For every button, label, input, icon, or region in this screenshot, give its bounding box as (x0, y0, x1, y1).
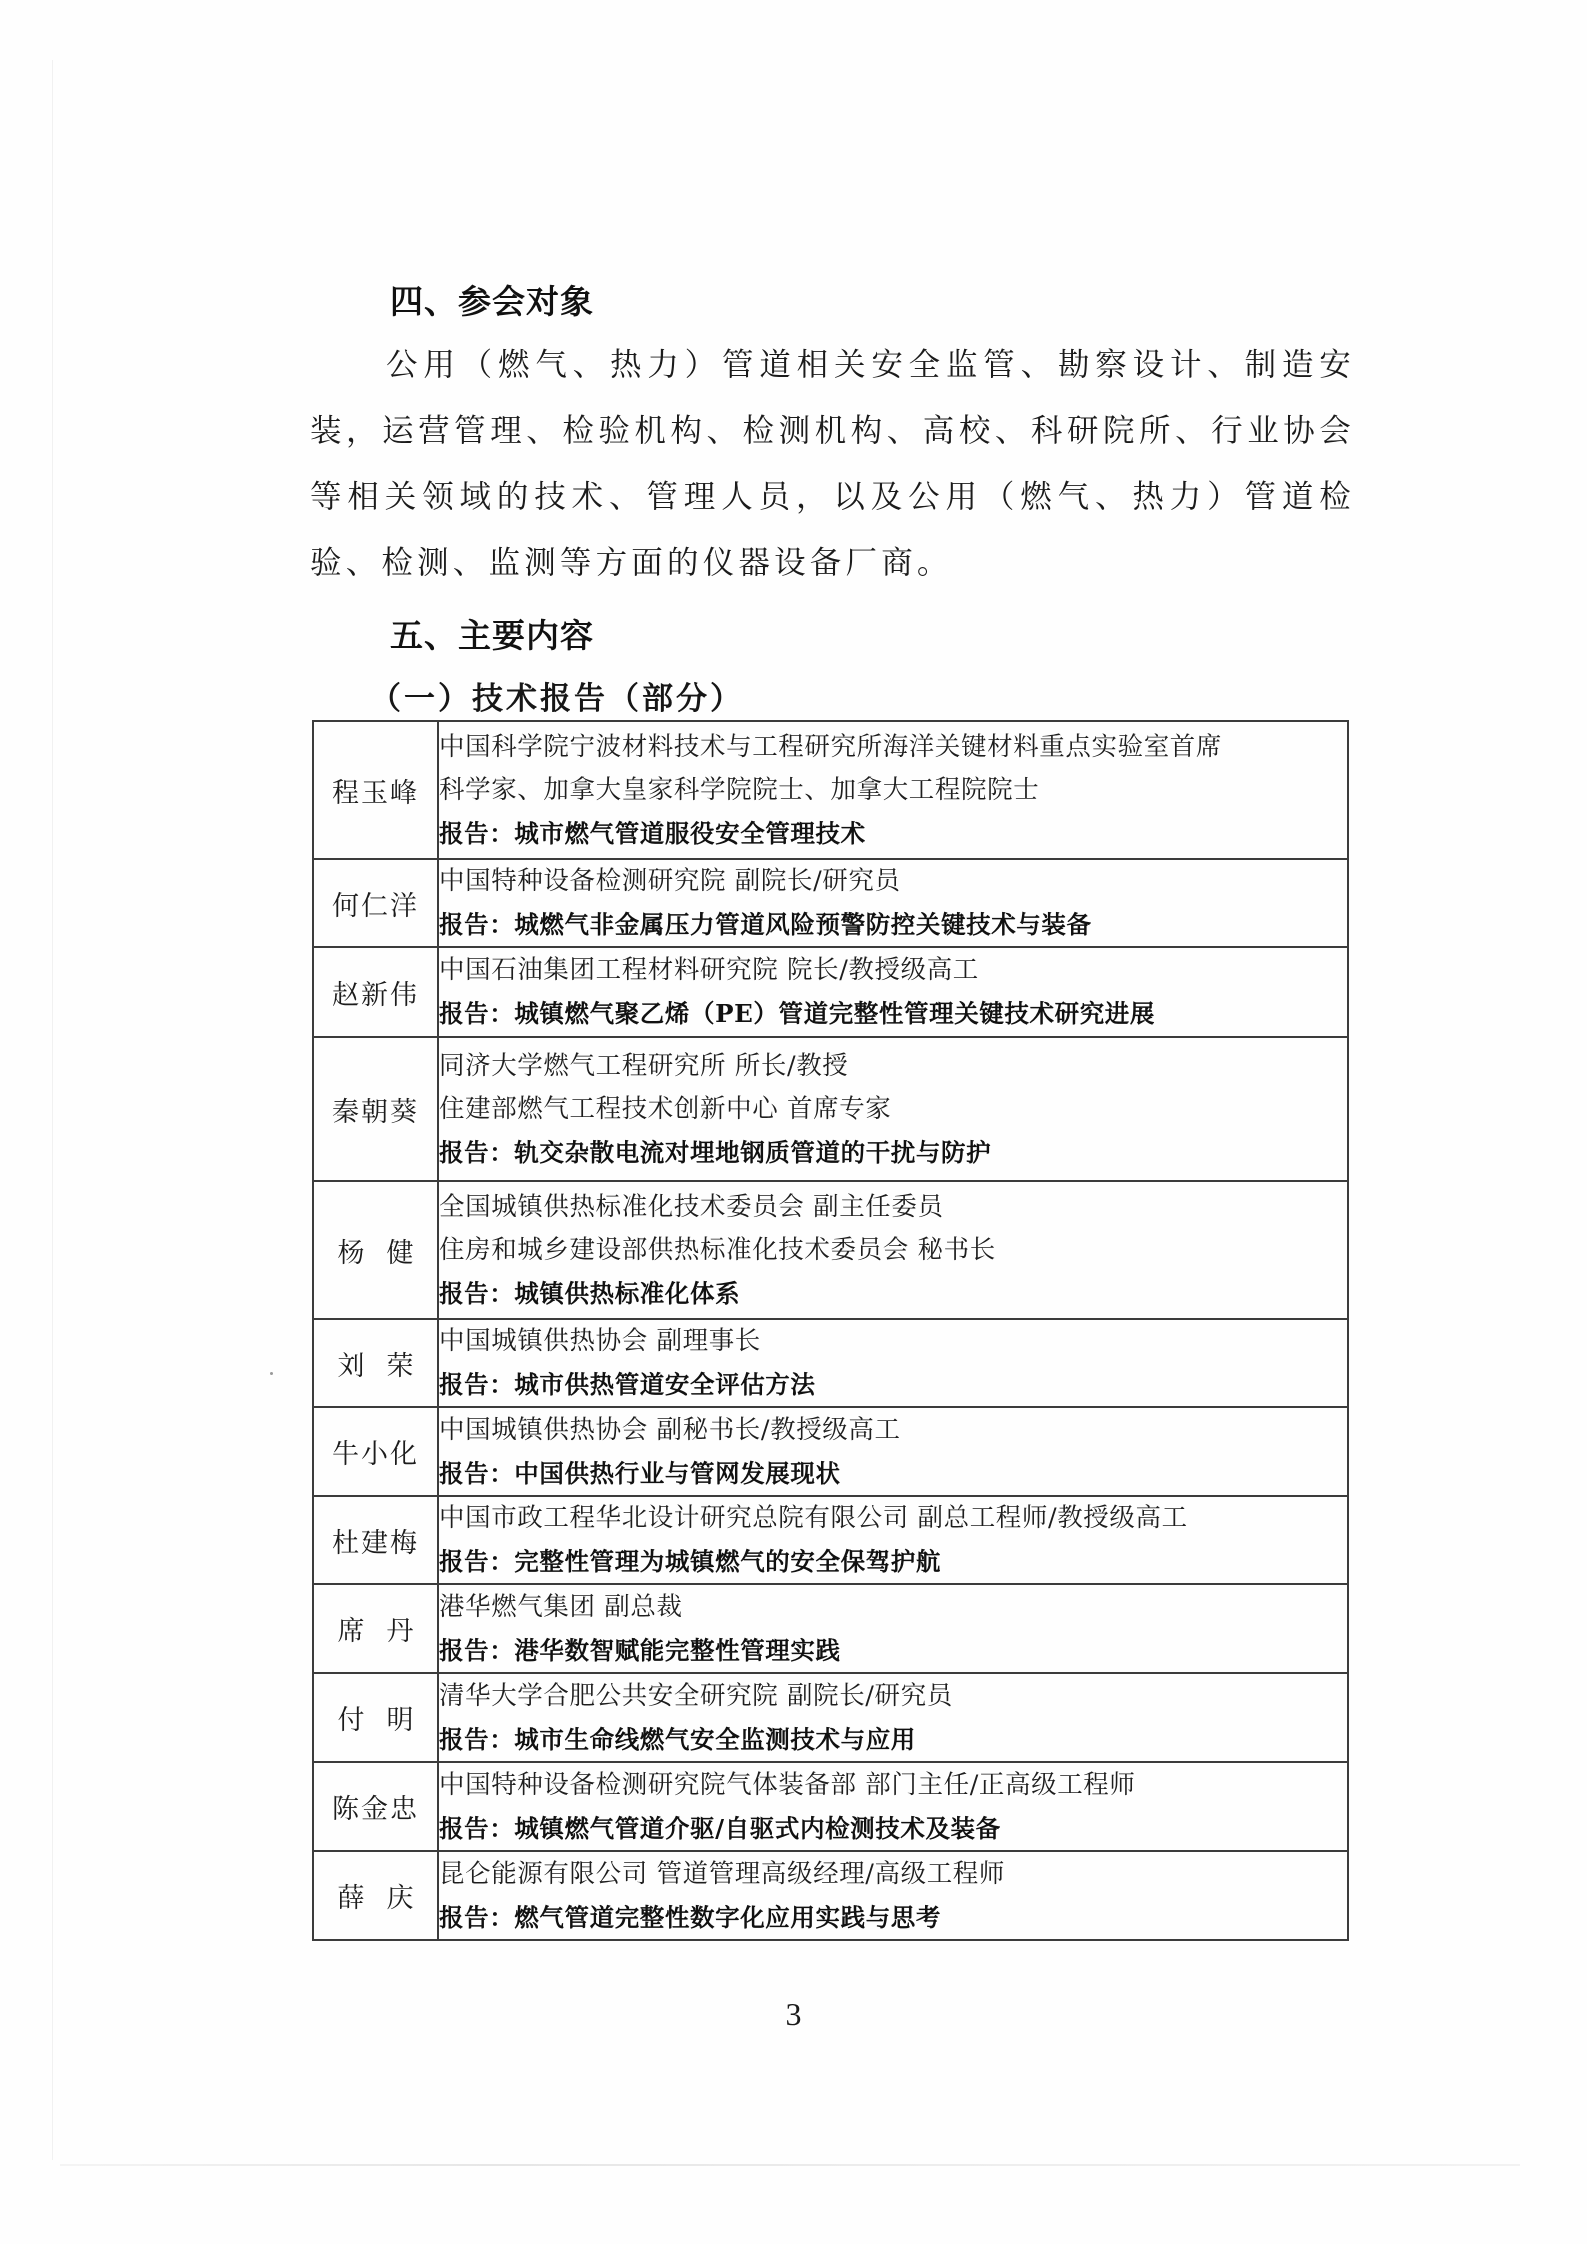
report-title: 报告：城燃气非金属压力管道风险预警防控关键技术与装备 (439, 903, 1347, 946)
speaker-name: 刘荣 (313, 1319, 438, 1407)
speaker-affiliation: 昆仑能源有限公司 管道管理高级经理/高级工程师 (439, 1853, 1347, 1896)
speaker-name: 杨健 (313, 1181, 438, 1319)
speaker-info: 中国科学院宁波材料技术与工程研究所海洋关键材料重点实验室首席科学家、加拿大皇家科… (438, 721, 1348, 859)
table-row: 杜建梅中国市政工程华北设计研究总院有限公司 副总工程师/教授级高工报告：完整性管… (313, 1496, 1348, 1584)
speaker-info: 中国特种设备检测研究院 副院长/研究员报告：城燃气非金属压力管道风险预警防控关键… (438, 859, 1348, 947)
speaker-info: 全国城镇供热标准化技术委员会 副主任委员住房和城乡建设部供热标准化技术委员会 秘… (438, 1181, 1348, 1319)
report-title: 报告：城市燃气管道服役安全管理技术 (439, 812, 1347, 855)
speaker-info: 中国市政工程华北设计研究总院有限公司 副总工程师/教授级高工报告：完整性管理为城… (438, 1496, 1348, 1584)
page-number: 3 (0, 1996, 1587, 2033)
speaker-info: 清华大学合肥公共安全研究院 副院长/研究员报告：城市生命线燃气安全监测技术与应用 (438, 1673, 1348, 1762)
speaker-affiliation: 中国市政工程华北设计研究总院有限公司 副总工程师/教授级高工 (439, 1497, 1347, 1540)
speaker-affiliation: 中国石油集团工程材料研究院 院长/教授级高工 (439, 949, 1347, 992)
table-row: 付明清华大学合肥公共安全研究院 副院长/研究员报告：城市生命线燃气安全监测技术与… (313, 1673, 1348, 1762)
table-row: 赵新伟中国石油集团工程材料研究院 院长/教授级高工报告：城镇燃气聚乙烯（PE）管… (313, 947, 1348, 1037)
reports-table-body: 程玉峰中国科学院宁波材料技术与工程研究所海洋关键材料重点实验室首席科学家、加拿大… (313, 721, 1348, 1940)
speaker-name: 程玉峰 (313, 721, 438, 859)
table-row: 何仁洋中国特种设备检测研究院 副院长/研究员报告：城燃气非金属压力管道风险预警防… (313, 859, 1348, 947)
section-heading-main-content: 五、主要内容 (390, 610, 594, 657)
speaker-affiliation: 中国城镇供热协会 副秘书长/教授级高工 (439, 1409, 1347, 1452)
subsection-heading-technical-reports: （一）技术报告（部分） (370, 673, 744, 718)
speaker-affiliation: 同济大学燃气工程研究所 所长/教授 (439, 1045, 1347, 1088)
speaker-info: 中国城镇供热协会 副理事长报告：城市供热管道安全评估方法 (438, 1319, 1348, 1407)
speaker-name: 薛庆 (313, 1851, 438, 1940)
speaker-name: 秦朝葵 (313, 1037, 438, 1181)
table-row: 程玉峰中国科学院宁波材料技术与工程研究所海洋关键材料重点实验室首席科学家、加拿大… (313, 721, 1348, 859)
scan-edge-bottom (60, 2164, 1520, 2166)
speaker-affiliation: 科学家、加拿大皇家科学院院士、加拿大工程院院士 (439, 769, 1347, 812)
speaker-affiliation: 清华大学合肥公共安全研究院 副院长/研究员 (439, 1675, 1347, 1718)
technical-reports-table: 程玉峰中国科学院宁波材料技术与工程研究所海洋关键材料重点实验室首席科学家、加拿大… (312, 720, 1349, 1941)
speaker-affiliation: 住建部燃气工程技术创新中心 首席专家 (439, 1088, 1347, 1131)
report-title: 报告：城镇燃气聚乙烯（PE）管道完整性管理关键技术研究进展 (439, 992, 1347, 1035)
report-title: 报告：中国供热行业与管网发展现状 (439, 1452, 1347, 1495)
report-title: 报告：城镇燃气管道介驱/自驱式内检测技术及装备 (439, 1807, 1347, 1850)
speaker-name: 赵新伟 (313, 947, 438, 1037)
scan-speck (270, 1372, 273, 1375)
speaker-affiliation: 中国特种设备检测研究院气体装备部 部门主任/正高级工程师 (439, 1764, 1347, 1807)
section-heading-attendees: 四、参会对象 (390, 276, 594, 323)
speaker-name: 陈金忠 (313, 1762, 438, 1851)
speaker-affiliation: 中国城镇供热协会 副理事长 (439, 1320, 1347, 1363)
speaker-affiliation: 中国特种设备检测研究院 副院长/研究员 (439, 860, 1347, 903)
report-title: 报告：城镇供热标准化体系 (439, 1272, 1347, 1315)
speaker-info: 同济大学燃气工程研究所 所长/教授住建部燃气工程技术创新中心 首席专家报告：轨交… (438, 1037, 1348, 1181)
speaker-name: 付明 (313, 1673, 438, 1762)
report-title: 报告：城市生命线燃气安全监测技术与应用 (439, 1718, 1347, 1761)
report-title: 报告：港华数智赋能完整性管理实践 (439, 1629, 1347, 1672)
speaker-name: 席丹 (313, 1584, 438, 1673)
table-row: 刘荣中国城镇供热协会 副理事长报告：城市供热管道安全评估方法 (313, 1319, 1348, 1407)
table-row: 秦朝葵同济大学燃气工程研究所 所长/教授住建部燃气工程技术创新中心 首席专家报告… (313, 1037, 1348, 1181)
speaker-affiliation: 住房和城乡建设部供热标准化技术委员会 秘书长 (439, 1229, 1347, 1272)
report-title: 报告：完整性管理为城镇燃气的安全保驾护航 (439, 1540, 1347, 1583)
report-title: 报告：燃气管道完整性数字化应用实践与思考 (439, 1896, 1347, 1939)
table-row: 牛小化中国城镇供热协会 副秘书长/教授级高工报告：中国供热行业与管网发展现状 (313, 1407, 1348, 1496)
speaker-info: 中国石油集团工程材料研究院 院长/教授级高工报告：城镇燃气聚乙烯（PE）管道完整… (438, 947, 1348, 1037)
speaker-info: 昆仑能源有限公司 管道管理高级经理/高级工程师报告：燃气管道完整性数字化应用实践… (438, 1851, 1348, 1940)
speaker-name: 何仁洋 (313, 859, 438, 947)
speaker-info: 港华燃气集团 副总裁报告：港华数智赋能完整性管理实践 (438, 1584, 1348, 1673)
speaker-affiliation: 中国科学院宁波材料技术与工程研究所海洋关键材料重点实验室首席 (439, 726, 1347, 769)
attendees-paragraph: 公用（燃气、热力）管道相关安全监管、勘察设计、制造安装，运营管理、检验机构、检测… (310, 332, 1355, 596)
speaker-affiliation: 全国城镇供热标准化技术委员会 副主任委员 (439, 1186, 1347, 1229)
document-page: 四、参会对象 公用（燃气、热力）管道相关安全监管、勘察设计、制造安装，运营管理、… (0, 0, 1587, 2244)
table-row: 薛庆昆仑能源有限公司 管道管理高级经理/高级工程师报告：燃气管道完整性数字化应用… (313, 1851, 1348, 1940)
speaker-name: 杜建梅 (313, 1496, 438, 1584)
scan-edge-left (52, 60, 53, 2160)
speaker-name: 牛小化 (313, 1407, 438, 1496)
speaker-affiliation: 港华燃气集团 副总裁 (439, 1586, 1347, 1629)
table-row: 杨健全国城镇供热标准化技术委员会 副主任委员住房和城乡建设部供热标准化技术委员会… (313, 1181, 1348, 1319)
report-title: 报告：城市供热管道安全评估方法 (439, 1363, 1347, 1406)
speaker-info: 中国城镇供热协会 副秘书长/教授级高工报告：中国供热行业与管网发展现状 (438, 1407, 1348, 1496)
report-title: 报告：轨交杂散电流对埋地钢质管道的干扰与防护 (439, 1131, 1347, 1174)
table-row: 席丹港华燃气集团 副总裁报告：港华数智赋能完整性管理实践 (313, 1584, 1348, 1673)
table-row: 陈金忠中国特种设备检测研究院气体装备部 部门主任/正高级工程师报告：城镇燃气管道… (313, 1762, 1348, 1851)
speaker-info: 中国特种设备检测研究院气体装备部 部门主任/正高级工程师报告：城镇燃气管道介驱/… (438, 1762, 1348, 1851)
